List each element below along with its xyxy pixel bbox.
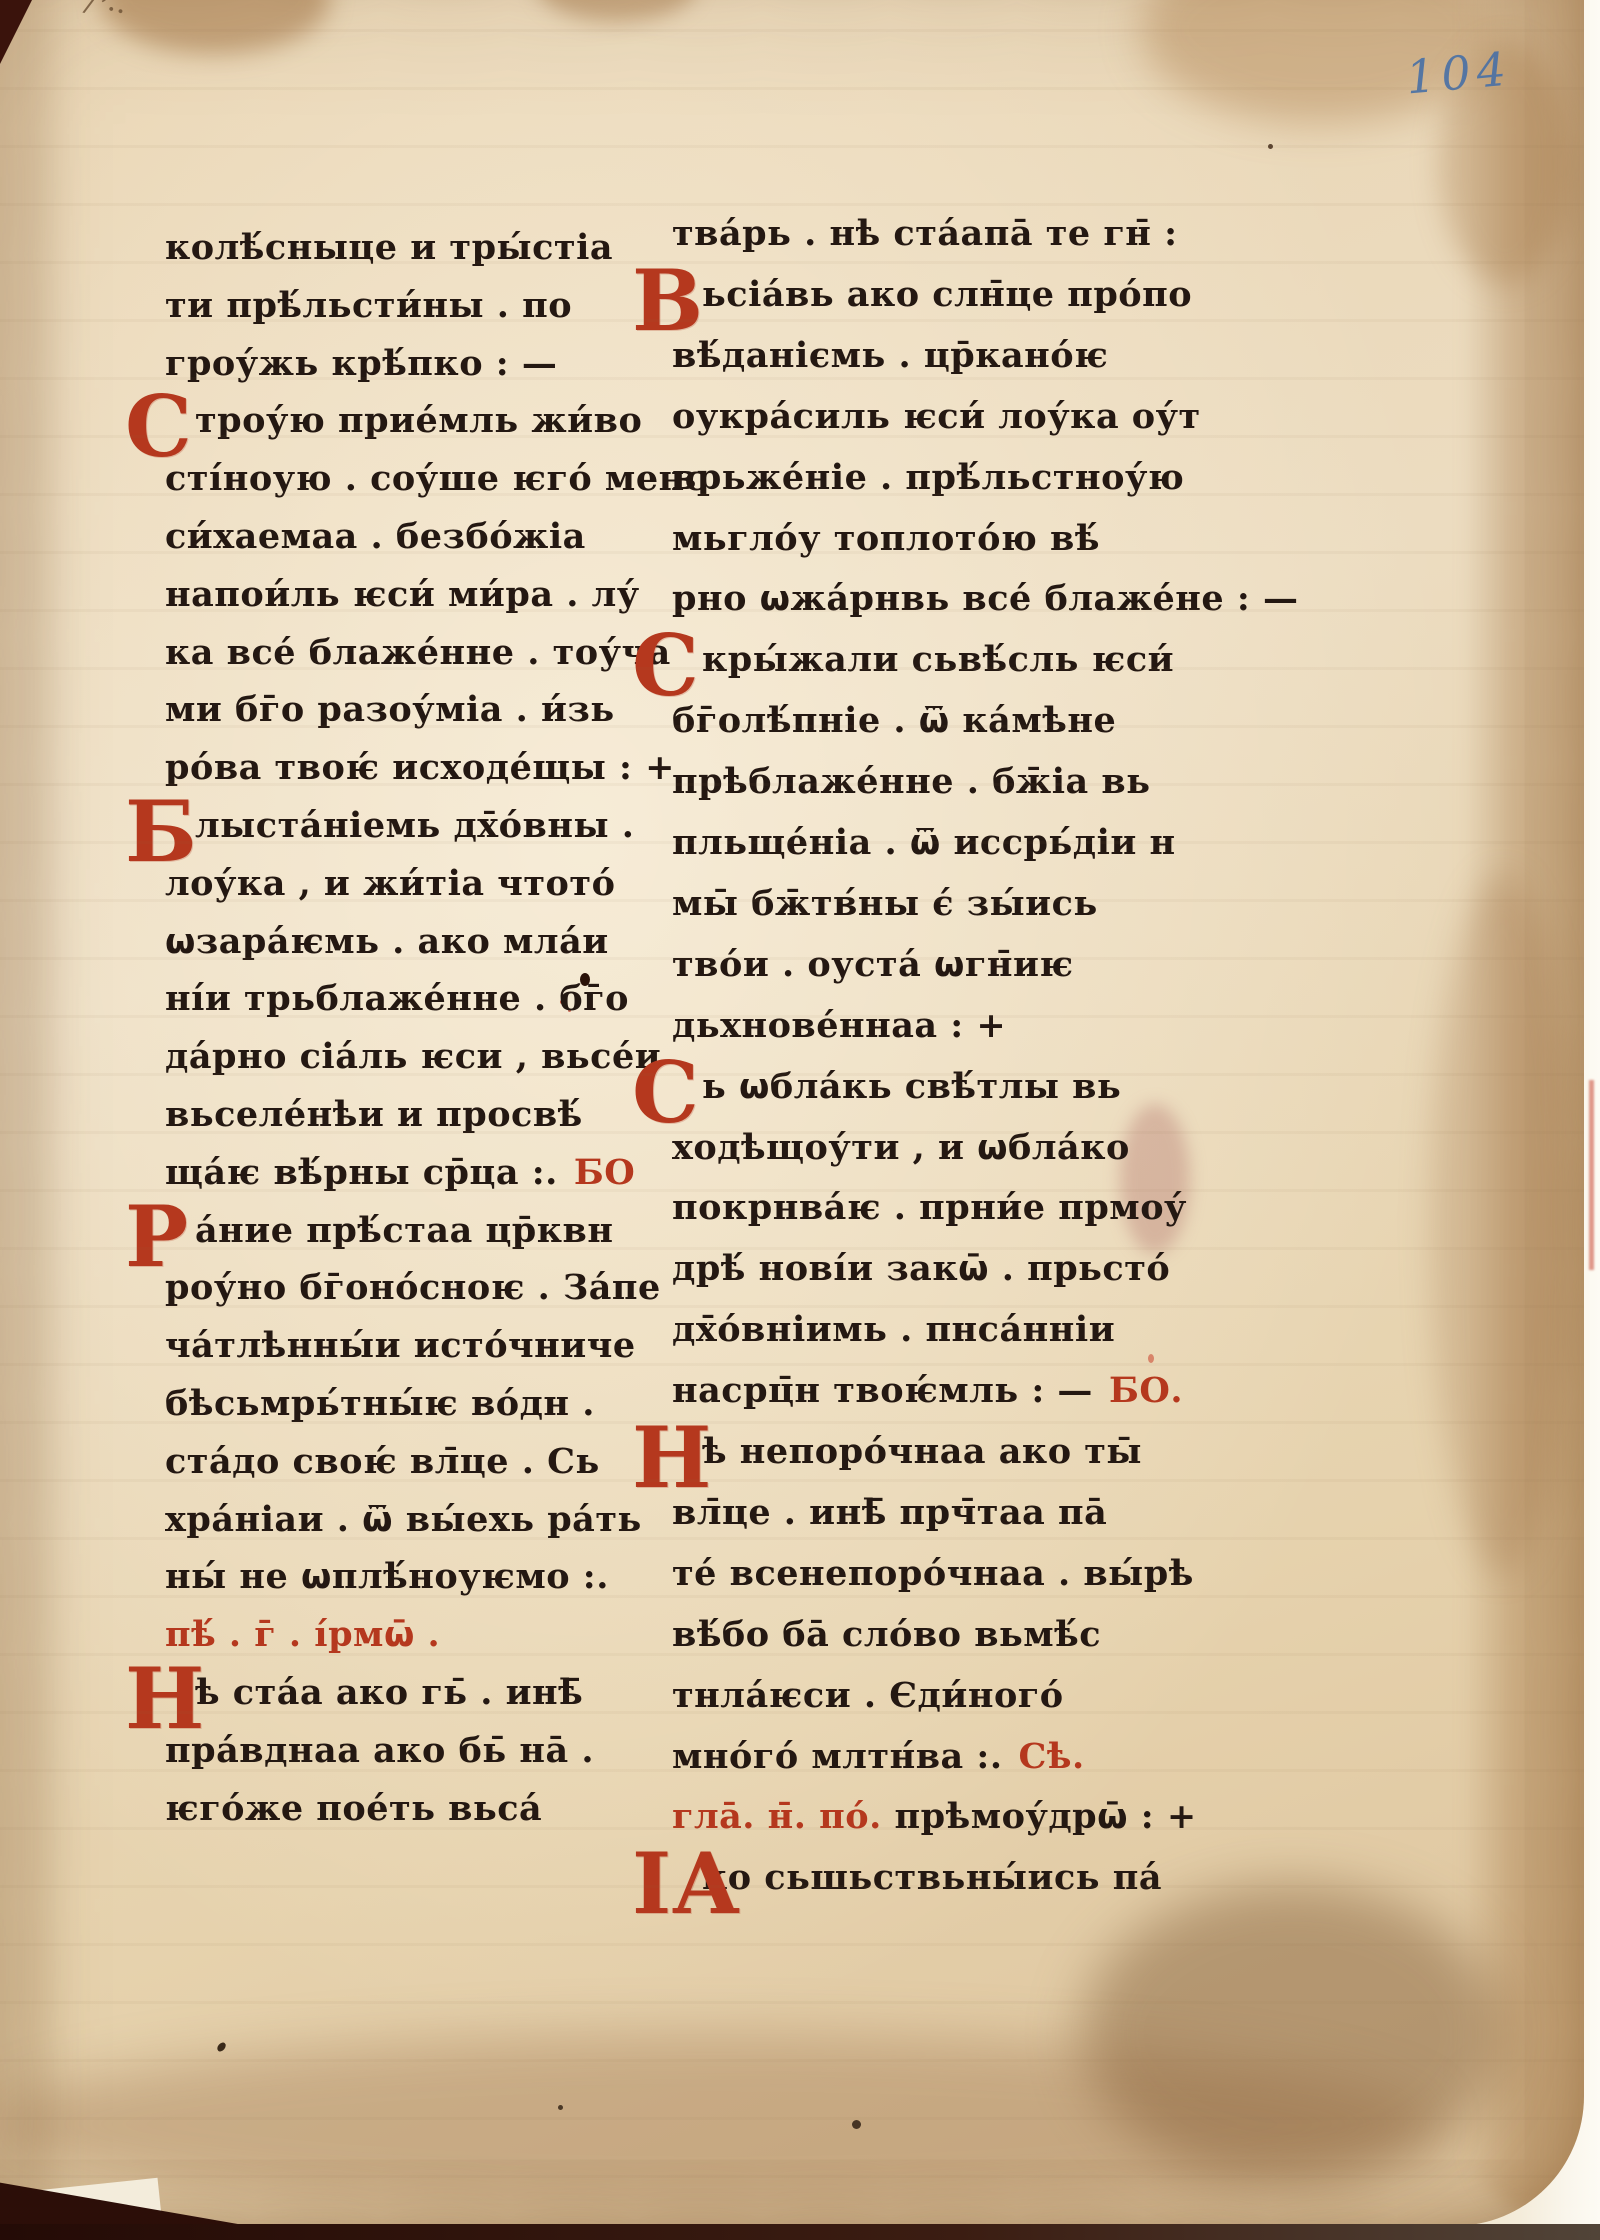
manuscript-line: пльще́ніа . ѿ иссрь́діи н: [672, 819, 1176, 867]
manuscript-line: ча́тлѣнны́и исто́чниче: [165, 1322, 636, 1370]
manuscript-line: пра́вднаа ако бь̄ на̄ .: [165, 1727, 594, 1775]
line-text: сті́ноую . соу́ше ѥго́ менс: [165, 458, 707, 499]
line-text: бѣсьмрь́тны́ѥ во́дн .: [165, 1383, 595, 1424]
line-text: дрѣ́ нові́и закѡ̄ . прьсто́: [672, 1248, 1170, 1289]
manuscript-line: Ра́ние прѣ́стаа цр̄квн: [165, 1207, 614, 1255]
manuscript-line: тва́рь . нѣ ста́апа̄ те гн̄ :: [672, 210, 1178, 258]
line-text: ѡзара́ѥмь . ако мла́и: [165, 921, 609, 962]
manuscript-line: ти прѣ́льсти́ны . по: [165, 282, 572, 330]
rubric-text: Сѣ.: [1019, 1736, 1085, 1777]
rubric-initial: С: [632, 1055, 699, 1131]
stain: [100, 0, 330, 54]
manuscript-line: ро́ва твоѥ́ исходе́щы : +: [165, 744, 675, 792]
manuscript-line: Скры́жали сьвѣ́сль ѥси́: [672, 636, 1174, 684]
line-text: напои́ль ѥси́ ми́ра . лу́: [165, 574, 640, 615]
speck: [1268, 144, 1273, 149]
line-text: ка все́ блаже́нне . тоу́ча: [165, 632, 671, 673]
water-stain-right: [1432, 874, 1572, 1574]
manuscript-line: те́ всенепоро́чнаа . вы́рѣ: [672, 1550, 1194, 1598]
rubric-initial: С: [632, 628, 699, 704]
line-text: ѣ непоро́чнаа ако ты̄: [702, 1431, 1142, 1472]
line-text: вьселе́нѣи и просвѣ́: [165, 1094, 583, 1135]
manuscript-line: напои́ль ѥси́ ми́ра . лу́: [165, 571, 640, 619]
line-text: дх̄о́вніимь . пнса́нніи: [672, 1309, 1115, 1350]
manuscript-line: мы̄ бж̄тв́ны є́ зы́ись: [672, 880, 1098, 928]
line-text: ти прѣ́льсти́ны . по: [165, 285, 572, 326]
manuscript-line: Строу́ю прие́мль жи́во: [165, 397, 642, 445]
line-text: ходѣщоу́ти , и ѡбла́ко: [672, 1127, 1130, 1168]
manuscript-photo: 7ʼ·· 104 колѣ́сныце и тры́стіати прѣ́льс…: [0, 0, 1600, 2240]
line-text: вл̄це . инѣ̄ прч̄таа па̄: [672, 1492, 1107, 1533]
manuscript-line: тнла́ѥси . Єди́ного́: [672, 1672, 1064, 1720]
manuscript-line: вл̄це . инѣ̄ прч̄таа па̄: [672, 1489, 1107, 1537]
water-stain-right: [1464, 0, 1584, 2214]
manuscript-line: ща́ѥ вѣ́рны ср̄ца :.БО: [165, 1149, 635, 1197]
left-text-column: колѣ́сныце и тры́стіати прѣ́льсти́ны . п…: [165, 224, 665, 1864]
line-text: си́хаемаа . безбо́жіа: [165, 516, 586, 557]
manuscript-line: роу́но бг̄оно́сноѥ . За́пе: [165, 1264, 661, 1312]
manuscript-line: ѡзара́ѥмь . ако мла́и: [165, 918, 609, 966]
line-text: пльще́ніа . ѿ иссрь́діи н: [672, 822, 1176, 863]
manuscript-line: бг̄олѣ́пніе . ѿ ка́мѣне: [672, 697, 1116, 745]
line-text: хра́ніаи . ѿ вы́ехь ра́ть: [165, 1499, 642, 1540]
manuscript-line: вьселе́нѣи и просвѣ́: [165, 1091, 583, 1139]
line-text: покрнва́ѥ . прни́е прмоу́: [672, 1187, 1187, 1228]
line-text: тнла́ѥси . Єди́ного́: [672, 1675, 1064, 1716]
line-text: рно ѡжа́рнвь все́ блаже́не : —: [672, 578, 1298, 619]
rubric-initial: Н: [632, 1420, 712, 1496]
line-text: ща́ѥ вѣ́рны ср̄ца :.: [165, 1152, 558, 1193]
line-text: пра́вднаа ако бь̄ на̄ .: [165, 1730, 594, 1771]
line-text: дьхнове́ннаа : +: [672, 1005, 1006, 1046]
manuscript-line: покрнва́ѥ . прни́е прмоу́: [672, 1184, 1187, 1232]
line-text: да́рно сіа́ль ѥси , вьсе́и: [165, 1036, 661, 1077]
manuscript-line: ІАко сьшьствьны́ись па́: [672, 1854, 1162, 1902]
line-text: врьже́ніе . прѣ́льстноу́ю: [672, 457, 1184, 498]
stain: [537, 0, 697, 22]
manuscript-line: вѣ́даніємь . цр̄кано́ѥ: [672, 332, 1108, 380]
manuscript-line: ѥго́же пое́ть вьса́: [165, 1785, 542, 1833]
manuscript-line: мьгло́у топлото́ю вѣ́: [672, 515, 1100, 563]
manuscript-line: Нѣ ста́а ако гь̄ . инѣ̄: [165, 1669, 583, 1717]
line-text: насрц̄н твоѥ́мль : —: [672, 1370, 1093, 1411]
line-text: вѣ́бо ба̄ сло́во вьмѣ́с: [672, 1614, 1101, 1655]
line-text: ны́ не ѡплѣ́ноуѥмо :.: [165, 1556, 609, 1597]
manuscript-line: прѣблаже́нне . бж̄іа вь: [672, 758, 1151, 806]
rubric-initial: ІА: [632, 1846, 741, 1922]
manuscript-line: хра́ніаи . ѿ вы́ехь ра́ть: [165, 1496, 642, 1544]
line-text: ьсіа́вь ако слн̄це про́по: [702, 274, 1192, 315]
line-text: гроу́жь крѣ́пко : —: [165, 343, 557, 384]
line-text: ь ѡбла́кь свѣ́тлы вь: [702, 1066, 1121, 1107]
manuscript-line: оукра́силь ѥси́ лоу́ка оу́т: [672, 393, 1201, 441]
line-text: ѣ ста́а ако гь̄ . инѣ̄: [195, 1672, 583, 1713]
line-text: ні́и трьблаже́нне . бг̄о: [165, 978, 629, 1019]
line-text: ста́до своѥ́ вл̄це . Сь: [165, 1441, 600, 1482]
speck: [852, 2120, 861, 2129]
right-text-column: тва́рь . нѣ ста́апа̄ те гн̄ :Вьсіа́вь ак…: [672, 210, 1192, 1910]
bottom-soiling: [0, 2034, 1432, 2214]
manuscript-line: ні́и трьблаже́нне . бг̄о: [165, 975, 629, 1023]
manuscript-line: си́хаемаа . безбо́жіа: [165, 513, 586, 561]
manuscript-line: гроу́жь крѣ́пко : —: [165, 340, 557, 388]
line-text: ро́ва твоѥ́ исходе́щы : +: [165, 747, 675, 788]
line-text: пѣ́ . г̄ . і́рмѡ̄ .: [165, 1614, 440, 1655]
line-text: лоу́ка , и жи́тіа чтото́: [165, 863, 615, 904]
line-text: тво́и . оуста́ ѡгн̄иѥ: [672, 944, 1074, 985]
manuscript-line: мно́го́ млтн́ва :.Сѣ.: [672, 1733, 1085, 1781]
corner-mark: 7ʼ··: [74, 0, 129, 30]
line-text: ми бг̄о разоу́міа . и́зь: [165, 689, 615, 730]
manuscript-line: ми бг̄о разоу́міа . и́зь: [165, 686, 615, 734]
manuscript-line: колѣ́сныце и тры́стіа: [165, 224, 613, 272]
rubric-initial: Н: [125, 1661, 205, 1737]
line-text: кры́жали сьвѣ́сль ѥси́: [702, 639, 1174, 680]
book-cover-edge: [0, 2224, 1600, 2240]
line-text: роу́но бг̄оно́сноѥ . За́пе: [165, 1267, 661, 1308]
corner-soiling: [1082, 1884, 1502, 2184]
line-text: прѣблаже́нне . бж̄іа вь: [672, 761, 1151, 802]
line-text: лыста́ніемь дх̄о́вны .: [195, 805, 634, 846]
rubric-text: БО.: [1109, 1370, 1183, 1411]
manuscript-line: Блыста́ніемь дх̄о́вны .: [165, 802, 634, 850]
line-text: мно́го́ млтн́ва :.: [672, 1736, 1003, 1777]
line-text: а́ние прѣ́стаа цр̄квн: [195, 1210, 614, 1251]
manuscript-line: дх̄о́вніимь . пнса́нніи: [672, 1306, 1115, 1354]
speck: [558, 2105, 563, 2110]
line-text: мы̄ бж̄тв́ны є́ зы́ись: [672, 883, 1098, 924]
manuscript-line: пѣ́ . г̄ . і́рмѡ̄ .: [165, 1611, 440, 1659]
manuscript-line: ка все́ блаже́нне . тоу́ча: [165, 629, 671, 677]
manuscript-line: Нѣ непоро́чнаа ако ты̄: [672, 1428, 1142, 1476]
manuscript-line: дьхнове́ннаа : +: [672, 1002, 1006, 1050]
manuscript-line: ста́до своѥ́ вл̄це . Сь: [165, 1438, 600, 1486]
line-text: колѣ́сныце и тры́стіа: [165, 227, 613, 268]
line-text: прѣмоу́дрѡ̄ : +: [882, 1796, 1197, 1837]
line-text: те́ всенепоро́чнаа . вы́рѣ: [672, 1553, 1194, 1594]
line-text: оукра́силь ѥси́ лоу́ка оу́т: [672, 396, 1201, 437]
line-text: троу́ю прие́мль жи́во: [195, 400, 642, 441]
manuscript-page: 7ʼ·· 104 колѣ́сныце и тры́стіати прѣ́льс…: [0, 0, 1584, 2226]
rubric-initial: Б: [125, 794, 197, 870]
manuscript-line: тво́и . оуста́ ѡгн̄иѥ: [672, 941, 1074, 989]
rubric-text: гла̄. н̄. по́.: [672, 1796, 882, 1837]
line-text: бг̄олѣ́пніе . ѿ ка́мѣне: [672, 700, 1116, 741]
line-text: ча́тлѣнны́и исто́чниче: [165, 1325, 636, 1366]
line-text: ѥго́же пое́ть вьса́: [165, 1788, 542, 1829]
manuscript-line: вѣ́бо ба̄ сло́во вьмѣ́с: [672, 1611, 1101, 1659]
speck: [216, 2041, 228, 2053]
manuscript-line: гла̄. н̄. по́. прѣмоу́дрѡ̄ : +: [672, 1793, 1197, 1841]
line-text: тва́рь . нѣ ста́апа̄ те гн̄ :: [672, 213, 1178, 254]
manuscript-line: сті́ноую . соу́ше ѥго́ менс: [165, 455, 707, 503]
page-number: 104: [1404, 41, 1514, 104]
manuscript-line: Вьсіа́вь ако слн̄це про́по: [672, 271, 1192, 319]
rubric-initial: В: [632, 263, 704, 339]
line-text: вѣ́даніємь . цр̄кано́ѥ: [672, 335, 1108, 376]
rubric-initial: С: [125, 389, 192, 465]
line-text: мьгло́у топлото́ю вѣ́: [672, 518, 1100, 559]
page-edge-red-tint: [1589, 1080, 1594, 1270]
manuscript-line: Сь ѡбла́кь свѣ́тлы вь: [672, 1063, 1121, 1111]
manuscript-line: лоу́ка , и жи́тіа чтото́: [165, 860, 615, 908]
gutter-shading: [0, 0, 52, 2226]
manuscript-line: ходѣщоу́ти , и ѡбла́ко: [672, 1124, 1130, 1172]
manuscript-line: насрц̄н твоѥ́мль : —БО.: [672, 1367, 1183, 1415]
manuscript-line: рно ѡжа́рнвь все́ блаже́не : —: [672, 575, 1298, 623]
rubric-text: БО: [574, 1152, 635, 1193]
manuscript-line: врьже́ніе . прѣ́льстноу́ю: [672, 454, 1184, 502]
manuscript-line: дрѣ́ нові́и закѡ̄ . прьсто́: [672, 1245, 1170, 1293]
manuscript-line: бѣсьмрь́тны́ѥ во́дн .: [165, 1380, 595, 1428]
manuscript-line: ны́ не ѡплѣ́ноуѥмо :.: [165, 1553, 609, 1601]
manuscript-line: да́рно сіа́ль ѥси , вьсе́и: [165, 1033, 661, 1081]
line-text: ко сьшьствьны́ись па́: [702, 1857, 1162, 1898]
